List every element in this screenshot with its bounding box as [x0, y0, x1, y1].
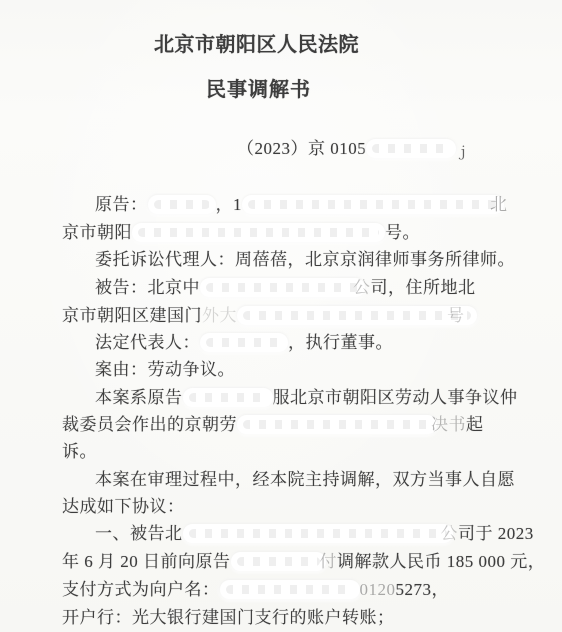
court-name: 北京市朝阳区人民法院 — [154, 28, 359, 57]
text-run: 调解款人民币 185 000 元， — [337, 552, 545, 572]
text-line: 诉。 — [62, 442, 97, 462]
redaction-mark — [242, 195, 504, 214]
redaction-mark — [231, 552, 326, 571]
text-line: （2023）京 0105 ｊ — [237, 139, 470, 159]
text-run: 支付方式为向户名： — [62, 580, 220, 600]
ghost-text: 0120 — [360, 580, 396, 600]
redaction-mark — [132, 223, 385, 242]
text-run: 司，住所地北 — [371, 278, 476, 298]
redaction-mark — [237, 306, 477, 325]
ghost-text: 外大 — [202, 306, 237, 326]
text-line: 原告：，1北 — [95, 195, 508, 215]
text-run: 年 6 月 20 日前向原告 — [62, 552, 231, 572]
text-line: 被告：北京中公司，住所地北 — [95, 278, 476, 298]
text-run: ，1 — [216, 195, 243, 215]
text-run: 服北京市朝阳区劳动人事争议仲 — [273, 388, 518, 408]
ghost-text: 北 — [490, 195, 508, 215]
text-run: 被告：北京中 — [95, 278, 200, 298]
text-line: 法定代表人：，执行董事。 — [95, 333, 393, 353]
redaction-mark — [220, 580, 360, 599]
text-run: 本案在审理过程中，经本院主持调解，双方当事人自愿 — [95, 470, 515, 490]
text-run: 京市朝阳区建国门 — [62, 306, 202, 326]
redaction-mark — [366, 139, 456, 158]
text-run: 案由：劳动争议。 — [95, 360, 235, 380]
text-run: 达成如下协议： — [62, 497, 185, 517]
text-run: 一、被告北 — [95, 524, 183, 544]
text-line: 支付方式为向户名：0120 5273， — [62, 580, 449, 600]
text-run: 本案系原告 — [95, 388, 183, 408]
text-line: 案由：劳动争议。 — [95, 360, 235, 380]
text-line: 京市朝阳号。 — [62, 223, 420, 243]
ghost-text: 号 — [447, 306, 465, 326]
text-run: 原告： — [95, 195, 148, 215]
text-line: 裁委员会作出的京朝劳决书起 — [62, 415, 484, 435]
ghost-text: 付 — [320, 552, 338, 572]
redaction-mark — [148, 195, 216, 214]
text-line: 委托诉讼代理人：周蓓蓓，北京京润律师事务所律师。 — [95, 250, 515, 270]
redaction-mark — [183, 388, 273, 407]
text-run: 起 — [466, 415, 484, 435]
redaction-mark — [200, 333, 288, 352]
text-line: 本案在审理过程中，经本院主持调解，双方当事人自愿 — [95, 470, 515, 490]
ghost-text: 公 — [441, 524, 459, 544]
document-title: 民事调解书 — [206, 73, 311, 102]
ghost-text: 公 — [353, 278, 371, 298]
ghost-text: ｊ — [456, 142, 470, 162]
text-line: 京市朝阳区建国门外大号 — [62, 306, 465, 326]
redaction-mark — [200, 278, 365, 297]
text-run: 裁委员会作出的京朝劳 — [62, 415, 237, 435]
redaction-mark — [237, 415, 437, 434]
text-run: 委托诉讼代理人：周蓓蓓，北京京润律师事务所律师。 — [95, 250, 515, 270]
text-line: 年 6 月 20 日前向原告付调解款人民币 185 000 元， — [62, 552, 545, 572]
text-run: ，执行董事。 — [288, 333, 393, 353]
text-line: 开户行：光大银行建国门支行的账户转账； — [62, 608, 395, 628]
text-run: 5273， — [396, 580, 450, 600]
text-run: 京市朝阳 — [62, 223, 132, 243]
redaction-mark — [183, 524, 453, 543]
document-page: 北京市朝阳区人民法院 民事调解书 （2023）京 0105 ｊ原告：，1北京市朝… — [0, 0, 562, 632]
text-line: 一、被告北公司于 2023 — [95, 524, 534, 544]
ghost-text: 决书 — [431, 415, 466, 435]
text-run: （2023）京 0105 — [237, 139, 366, 159]
text-run: 开户行：光大银行建国门支行的账户转账； — [62, 608, 395, 628]
text-line: 达成如下协议： — [62, 497, 185, 517]
text-run: 法定代表人： — [95, 333, 200, 353]
text-run: 号。 — [385, 223, 420, 243]
text-run: 司于 2023 — [458, 524, 534, 544]
text-run: 诉。 — [62, 442, 97, 462]
text-line: 本案系原告服北京市朝阳区劳动人事争议仲 — [95, 388, 518, 408]
